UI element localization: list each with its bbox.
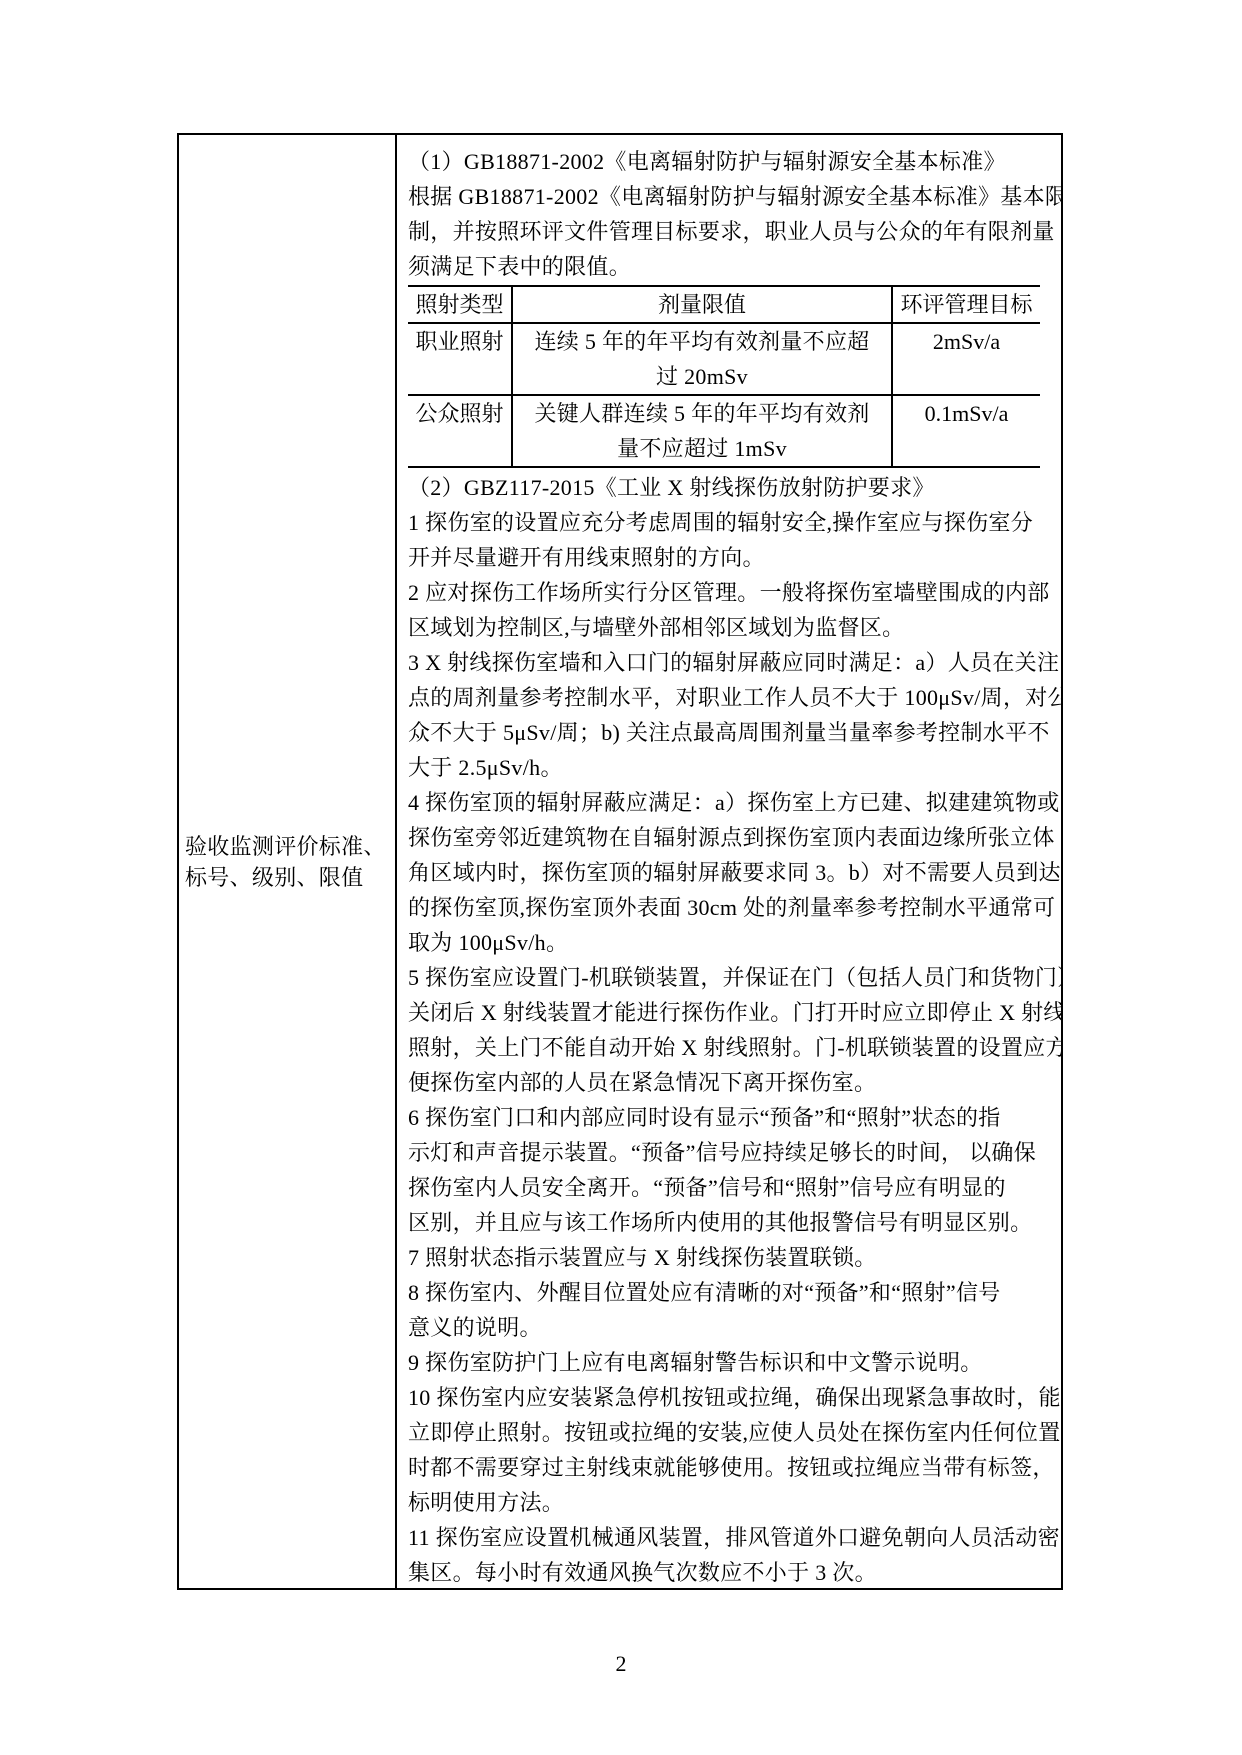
- text-line: 的探伤室顶,探伤室顶外表面 30cm 处的剂量率参考控制水平通常可: [408, 890, 1047, 925]
- cell-exposure-type: 职业照射: [408, 324, 513, 394]
- text-line: 9 探伤室防护门上应有电离辐射警告标识和中文警示说明。: [408, 1345, 1047, 1380]
- text-line: 关闭后 X 射线装置才能进行探伤作业。门打开时应立即停止 X 射线: [408, 995, 1047, 1030]
- dose-table-header-row: 照射类型 剂量限值 环评管理目标: [408, 287, 1040, 324]
- text-line: 照射，关上门不能自动开始 X 射线照射。门-机联锁装置的设置应方: [408, 1030, 1047, 1065]
- text-line: 便探伤室内部的人员在紧急情况下离开探伤室。: [408, 1065, 1047, 1100]
- header-dose-limit: 剂量限值: [513, 287, 893, 322]
- criteria-content-cell: （1）GB18871-2002《电离辐射防护与辐射源安全基本标准》根据 GB18…: [397, 135, 1061, 1588]
- text-line: 众不大于 5μSv/周；b) 关注点最高周围剂量当量率参考控制水平不: [408, 715, 1047, 750]
- header-exposure-type: 照射类型: [408, 287, 513, 322]
- text-line: 开并尽量避开有用线束照射的方向。: [408, 540, 1047, 575]
- text-line: 3 X 射线探伤室墙和入口门的辐射屏蔽应同时满足：a）人员在关注: [408, 645, 1047, 680]
- text-line: 制，并按照环评文件管理目标要求，职业人员与公众的年有限剂量: [408, 214, 1047, 249]
- dose-limit-line: 过 20mSv: [513, 359, 891, 394]
- page-number: 2: [0, 1651, 1242, 1677]
- cell-exposure-type: 公众照射: [408, 396, 513, 466]
- text-line: （1）GB18871-2002《电离辐射防护与辐射源安全基本标准》: [408, 144, 1047, 179]
- text-line: 角区域内时，探伤室顶的辐射屏蔽要求同 3。b）对不需要人员到达: [408, 855, 1047, 890]
- text-line: 取为 100μSv/h。: [408, 925, 1047, 960]
- dose-limit-table: 照射类型 剂量限值 环评管理目标 职业照射 连续 5 年的年平均有效剂量不应超 …: [408, 285, 1040, 468]
- text-line: 探伤室旁邻近建筑物在自辐射源点到探伤室顶内表面边缘所张立体: [408, 820, 1047, 855]
- text-line: 4 探伤室顶的辐射屏蔽应满足：a）探伤室上方已建、拟建建筑物或: [408, 785, 1047, 820]
- text-line: 10 探伤室内应安装紧急停机按钮或拉绳，确保出现紧急事故时，能: [408, 1380, 1047, 1415]
- row-label-line-2: 标号、级别、限值: [185, 862, 386, 893]
- cell-dose-limit: 连续 5 年的年平均有效剂量不应超 过 20mSv: [513, 324, 893, 394]
- standard-gbz117-paragraph: （2）GBZ117-2015《工业 X 射线探伤放射防护要求》1 探伤室的设置应…: [408, 470, 1047, 1588]
- text-line: 立即停止照射。按钮或拉绳的安装,应使人员处在探伤室内任何位置: [408, 1415, 1047, 1450]
- text-line: 探伤室内人员安全离开。“预备”信号和“照射”信号应有明显的: [408, 1170, 1047, 1205]
- dose-limit-line: 连续 5 年的年平均有效剂量不应超: [513, 324, 891, 359]
- table-row-occupational: 职业照射 连续 5 年的年平均有效剂量不应超 过 20mSv 2mSv/a: [408, 324, 1040, 396]
- text-line: 8 探伤室内、外醒目位置处应有清晰的对“预备”和“照射”信号: [408, 1275, 1047, 1310]
- text-line: 点的周剂量参考控制水平，对职业工作人员不大于 100μSv/周，对公: [408, 680, 1047, 715]
- dose-limit-line: 关键人群连续 5 年的年平均有效剂: [513, 396, 891, 431]
- text-line: 示灯和声音提示装置。“预备”信号应持续足够长的时间， 以确保: [408, 1135, 1047, 1170]
- text-line: 根据 GB18871-2002《电离辐射防护与辐射源安全基本标准》基本限: [408, 179, 1047, 214]
- document-page: 验收监测评价标准、 标号、级别、限值 （1）GB18871-2002《电离辐射防…: [0, 0, 1242, 1755]
- row-label-cell: 验收监测评价标准、 标号、级别、限值: [179, 135, 397, 1588]
- table-row-public: 公众照射 关键人群连续 5 年的年平均有效剂 量不应超过 1mSv 0.1mSv…: [408, 396, 1040, 468]
- standard-gb18871-paragraph: （1）GB18871-2002《电离辐射防护与辐射源安全基本标准》根据 GB18…: [408, 144, 1047, 284]
- text-line: 集区。每小时有效通风换气次数应不小于 3 次。: [408, 1555, 1047, 1588]
- text-line: 须满足下表中的限值。: [408, 249, 1047, 284]
- text-line: 2 应对探伤工作场所实行分区管理。一般将探伤室墙壁围成的内部: [408, 575, 1047, 610]
- dose-limit-line: 量不应超过 1mSv: [513, 431, 891, 466]
- text-line: 区别，并且应与该工作场所内使用的其他报警信号有明显区别。: [408, 1205, 1047, 1240]
- text-line: 7 照射状态指示装置应与 X 射线探伤装置联锁。: [408, 1240, 1047, 1275]
- cell-eia-target: 0.1mSv/a: [893, 396, 1040, 466]
- text-line: 时都不需要穿过主射线束就能够使用。按钮或拉绳应当带有标签，: [408, 1450, 1047, 1485]
- header-eia-target: 环评管理目标: [893, 287, 1040, 322]
- cell-eia-target: 2mSv/a: [893, 324, 1040, 394]
- text-line: 1 探伤室的设置应充分考虑周围的辐射安全,操作室应与探伤室分: [408, 505, 1047, 540]
- text-line: 11 探伤室应设置机械通风装置，排风管道外口避免朝向人员活动密: [408, 1520, 1047, 1555]
- text-line: 大于 2.5μSv/h。: [408, 750, 1047, 785]
- row-label-line-1: 验收监测评价标准、: [185, 831, 386, 862]
- acceptance-criteria-table: 验收监测评价标准、 标号、级别、限值 （1）GB18871-2002《电离辐射防…: [177, 133, 1063, 1590]
- text-line: 6 探伤室门口和内部应同时设有显示“预备”和“照射”状态的指: [408, 1100, 1047, 1135]
- text-line: 区域划为控制区,与墙壁外部相邻区域划为监督区。: [408, 610, 1047, 645]
- text-line: （2）GBZ117-2015《工业 X 射线探伤放射防护要求》: [408, 470, 1047, 505]
- row-label: 验收监测评价标准、 标号、级别、限值: [185, 831, 386, 893]
- text-line: 5 探伤室应设置门-机联锁装置，并保证在门（包括人员门和货物门）: [408, 960, 1047, 995]
- text-line: 意义的说明。: [408, 1310, 1047, 1345]
- text-line: 标明使用方法。: [408, 1485, 1047, 1520]
- cell-dose-limit: 关键人群连续 5 年的年平均有效剂 量不应超过 1mSv: [513, 396, 893, 466]
